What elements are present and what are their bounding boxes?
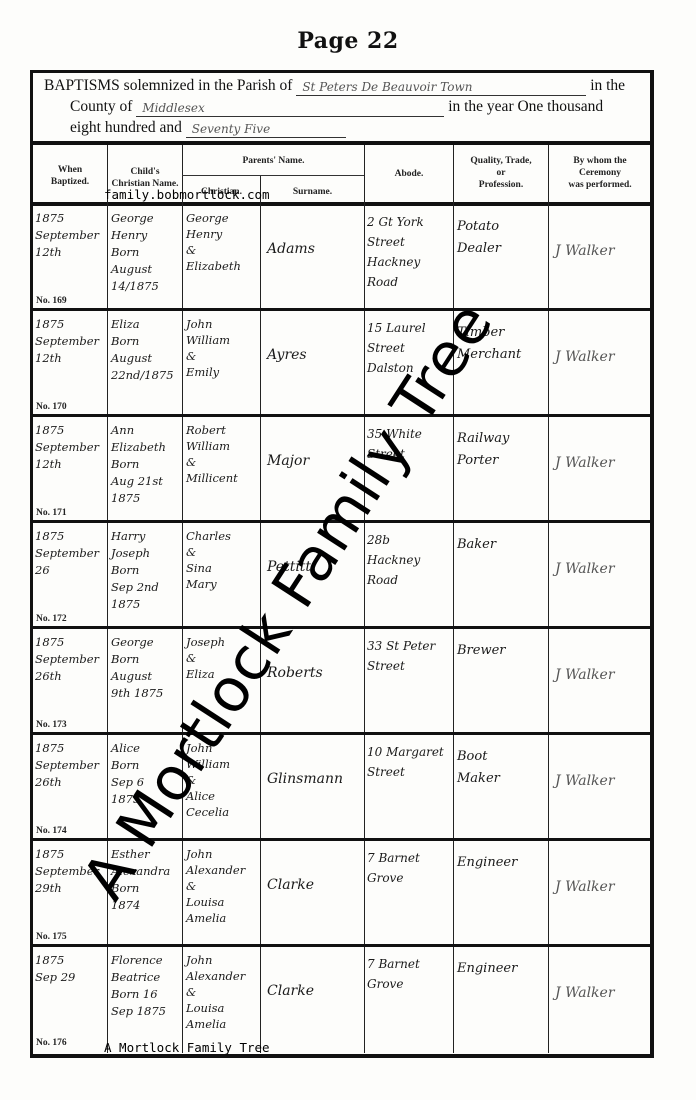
entry-parents-christian: John Alexander & Louisa Amelia <box>186 952 262 1032</box>
entry-abode: 28b Hackney Road <box>367 530 453 590</box>
entry-child-name: Harry Joseph Born Sep 2nd 1875 <box>111 528 183 613</box>
entry-profession: Potato Dealer <box>457 216 547 260</box>
entry-officiant: J Walker <box>555 878 645 897</box>
entry-register-number: No. 172 <box>36 614 67 624</box>
page-title: Page 22 <box>0 28 696 54</box>
entry-divider-rule <box>33 732 650 735</box>
entry-register-number: No. 173 <box>36 720 67 730</box>
entry-parents-christian: George Henry & Elizabeth <box>186 210 262 274</box>
entry-officiant: J Walker <box>555 772 645 791</box>
entry-parents-surname: Clarke <box>267 876 365 895</box>
heading-line-parish: BAPTISMS solemnized in the Parish of St … <box>44 75 650 96</box>
entry-officiant: J Walker <box>555 348 645 367</box>
entry-when-baptized: 1875 September 26th <box>35 634 107 685</box>
entry-abode: 33 St Peter Street <box>367 636 453 676</box>
entry-register-number: No. 170 <box>36 402 67 412</box>
heading-county-label: County of <box>70 98 132 115</box>
entry-profession: Boot Maker <box>457 746 547 790</box>
entry-child-name: Florence Beatrice Born 16 Sep 1875 <box>111 952 183 1020</box>
entry-abode: 10 Margaret Street <box>367 742 453 782</box>
header-parents-surname: Surname. <box>261 186 364 198</box>
header-when-baptized: When Baptized. <box>34 164 106 188</box>
baptism-entry: 1875 September 12th No. 170 Eliza Born A… <box>33 312 650 414</box>
entry-child-name: George Henry Born August 14/1875 <box>111 210 183 295</box>
entry-officiant: J Walker <box>555 454 645 473</box>
entry-profession: Brewer <box>457 640 547 662</box>
entry-profession: Railway Porter <box>457 428 547 472</box>
entry-parents-christian: John Alexander & Louisa Amelia <box>186 846 262 926</box>
entry-register-number: No. 171 <box>36 508 67 518</box>
entry-when-baptized: 1875 September 26 <box>35 528 107 579</box>
entry-officiant: J Walker <box>555 560 645 579</box>
register-heading: BAPTISMS solemnized in the Parish of St … <box>44 75 650 138</box>
baptism-entry: 1875 September 26th No. 173 George Born … <box>33 630 650 732</box>
entry-child-name: Eliza Born August 22nd/1875 <box>111 316 183 384</box>
watermark-bottom: A Mortlock Family Tree <box>104 1040 270 1055</box>
entry-when-baptized: 1875 September 12th <box>35 316 107 367</box>
entry-officiant: J Walker <box>555 242 645 261</box>
watermark-url: family.bobmortlock.com <box>104 187 270 202</box>
entry-divider-rule <box>33 944 650 947</box>
entry-parents-christian: Robert William & Millicent <box>186 422 262 486</box>
entry-when-baptized: 1875 September 12th <box>35 422 107 473</box>
year-field: Seventy Five <box>186 122 346 138</box>
entry-profession: Engineer <box>457 958 547 980</box>
entry-profession: Engineer <box>457 852 547 874</box>
entry-when-baptized: 1875 September 12th <box>35 210 107 261</box>
entry-child-name: George Born August 9th 1875 <box>111 634 183 702</box>
header-parents-name: Parents' Name. <box>183 155 364 167</box>
entry-when-baptized: 1875 September 26th <box>35 740 107 791</box>
header-officiant: By whom the Ceremony was performed. <box>549 155 651 191</box>
baptism-entry: 1875 September 12th No. 169 George Henry… <box>33 206 650 308</box>
entry-parents-surname: Adams <box>267 240 365 259</box>
entry-when-baptized: 1875 Sep 29 <box>35 952 107 986</box>
entry-divider-rule <box>33 626 650 629</box>
parents-subheader-rule <box>182 175 364 176</box>
heading-parish-suffix: in the <box>590 77 625 94</box>
entry-register-number: No. 176 <box>36 1038 67 1048</box>
entry-parents-surname: Glinsmann <box>267 770 365 789</box>
entry-child-name: Ann Elizabeth Born Aug 21st 1875 <box>111 422 183 507</box>
entry-officiant: J Walker <box>555 666 645 685</box>
header-top-rule <box>33 141 650 145</box>
entry-abode: 7 Barnet Grove <box>367 848 453 888</box>
entry-parents-surname: Clarke <box>267 982 365 1001</box>
entry-parents-surname: Ayres <box>267 346 365 365</box>
entry-profession: Baker <box>457 534 547 556</box>
header-abode: Abode. <box>365 168 453 180</box>
heading-year-label: eight hundred and <box>70 119 182 136</box>
entry-register-number: No. 175 <box>36 932 67 942</box>
heading-county-suffix: in the year One thousand <box>448 98 603 115</box>
entry-abode: 7 Barnet Grove <box>367 954 453 994</box>
parish-field: St Peters De Beauvoir Town <box>296 80 586 96</box>
county-field: Middlesex <box>136 101 444 117</box>
heading-line-county: County of Middlesex in the year One thou… <box>44 96 650 117</box>
baptism-entry: 1875 Sep 29 No. 176 Florence Beatrice Bo… <box>33 948 650 1050</box>
entry-officiant: J Walker <box>555 984 645 1003</box>
entry-abode: 2 Gt York Street Hackney Road <box>367 212 453 292</box>
entry-divider-rule <box>33 414 650 417</box>
entry-divider-rule <box>33 308 650 311</box>
entry-parents-christian: John William & Emily <box>186 316 262 380</box>
entry-register-number: No. 174 <box>36 826 67 836</box>
heading-parish-label: BAPTISMS solemnized in the Parish of <box>44 77 292 94</box>
entry-parents-christian: Charles & Sina Mary <box>186 528 262 592</box>
header-profession: Quality, Trade, or Profession. <box>454 155 548 191</box>
heading-line-year: eight hundred and Seventy Five <box>44 117 650 138</box>
entry-register-number: No. 169 <box>36 296 67 306</box>
